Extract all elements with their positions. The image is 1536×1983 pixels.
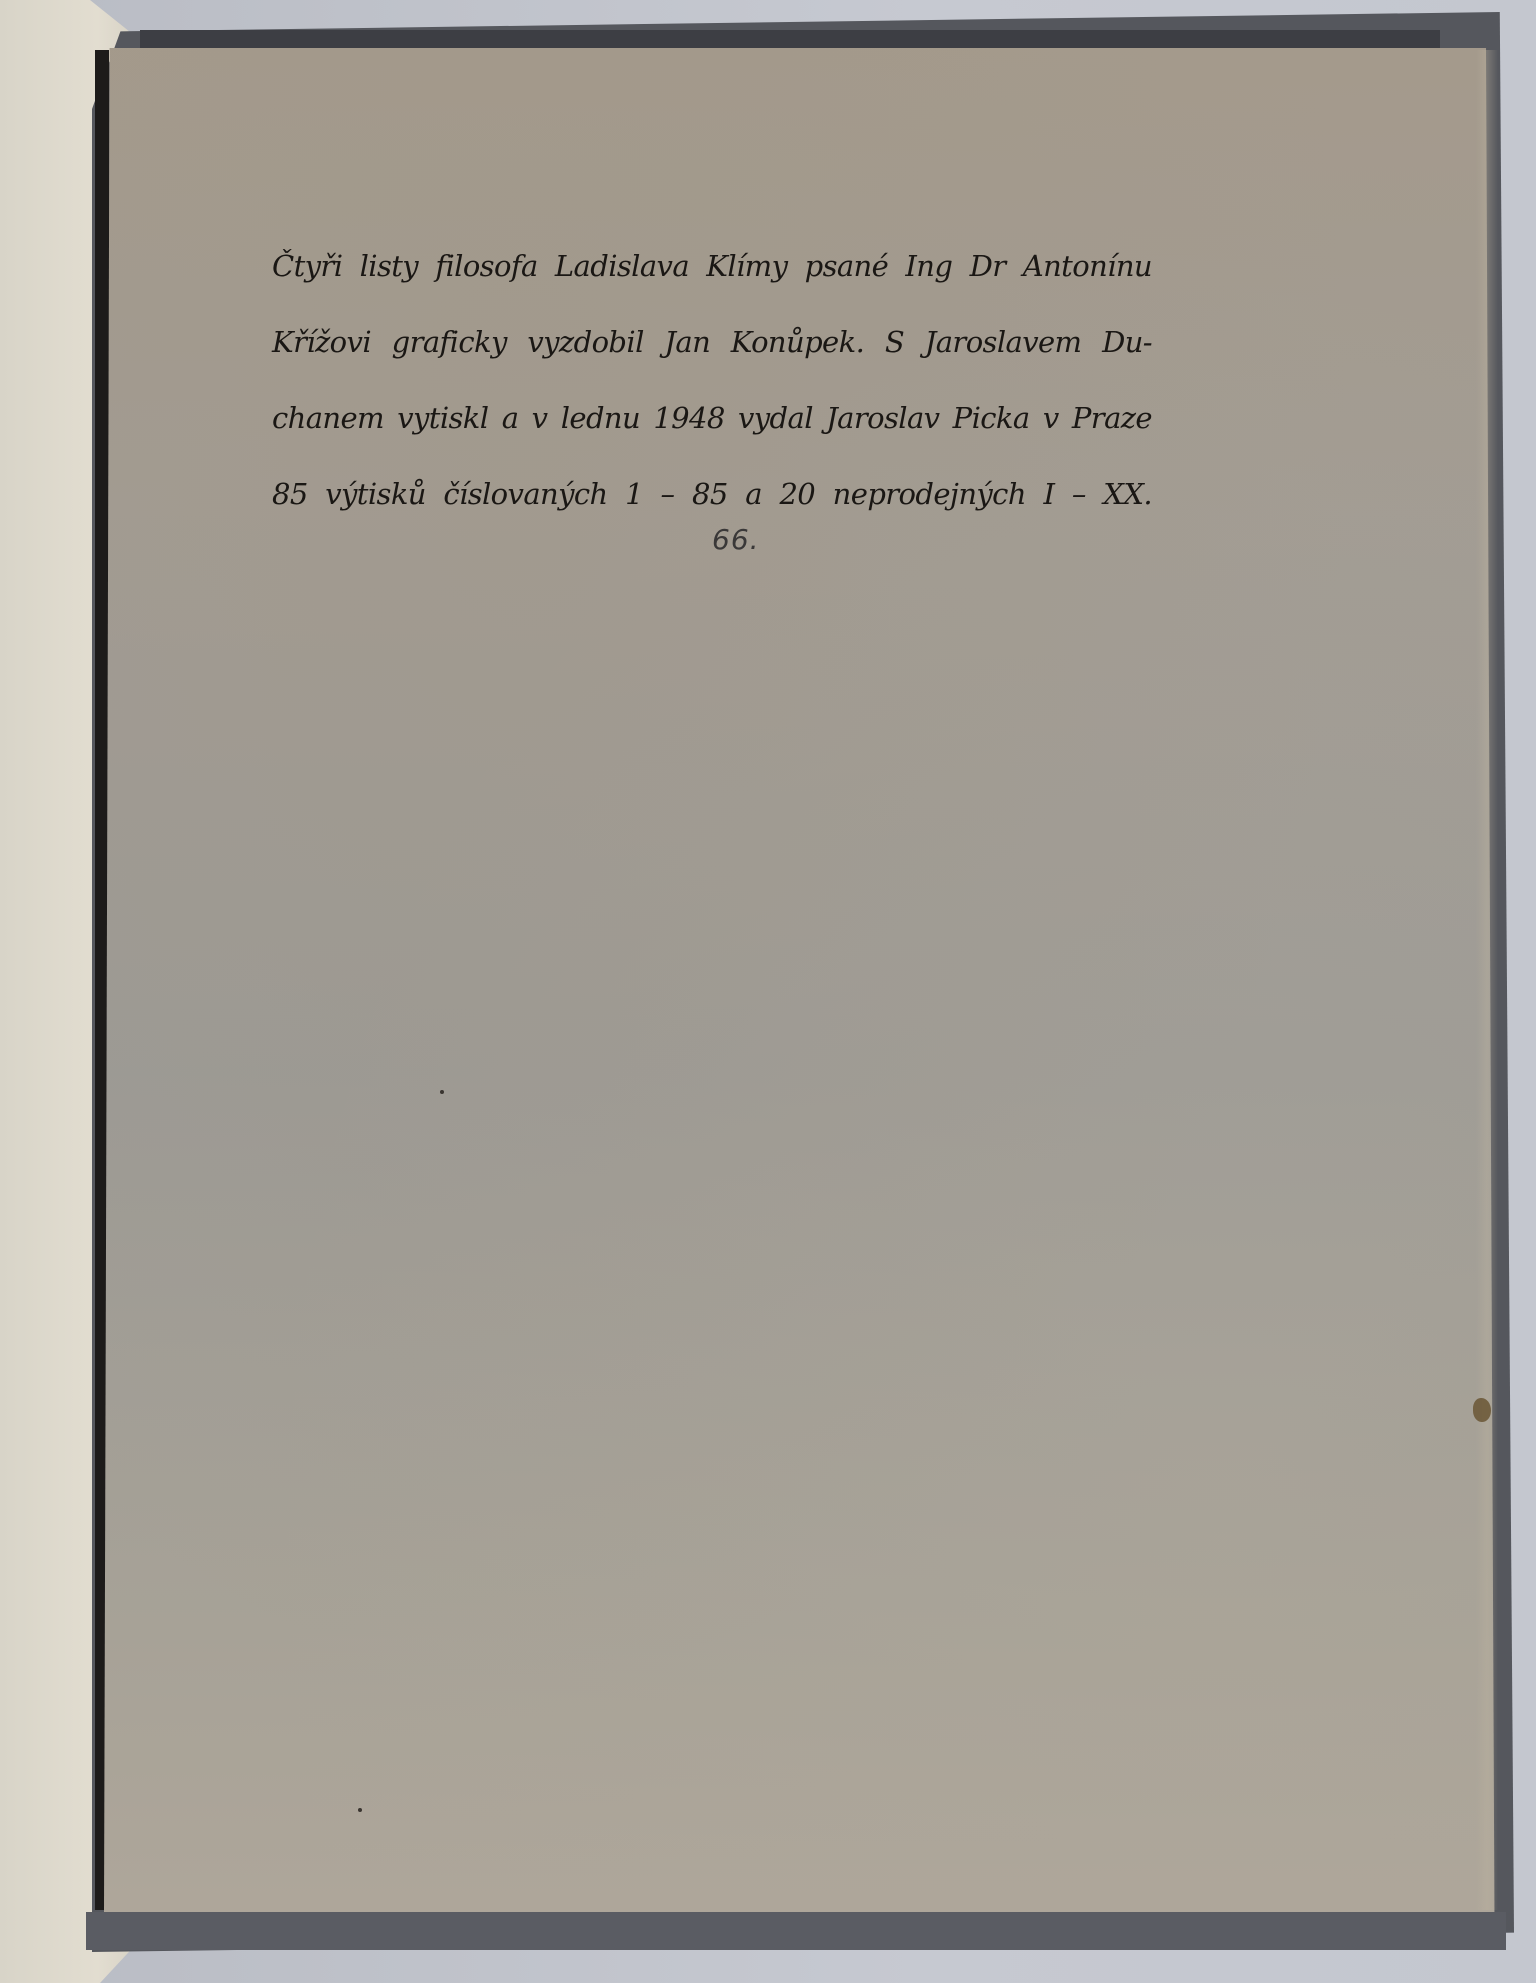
foxing-stain — [1473, 1398, 1491, 1422]
colophon-line-3: chanem vytiskl a v lednu 1948 vydal Jaro… — [272, 380, 1152, 456]
paper-speck — [358, 1808, 362, 1812]
paper-speck — [440, 1090, 444, 1094]
page-deckle-edge — [1476, 50, 1498, 1910]
colophon-line-4: 85 výtisků číslovaných 1 – 85 a 20 nepro… — [272, 456, 1152, 532]
colophon-line-1: Čtyři listy filosofa Ladislava Klímy psa… — [272, 228, 1152, 304]
colophon-line-2: Křížovi graficky vyzdobil Jan Konůpek. S… — [272, 304, 1152, 380]
cover-bottom-edge — [86, 1912, 1506, 1950]
handwritten-copy-number: 66. — [712, 523, 760, 556]
colophon-text: Čtyři listy filosofa Ladislava Klímy psa… — [272, 228, 1152, 532]
